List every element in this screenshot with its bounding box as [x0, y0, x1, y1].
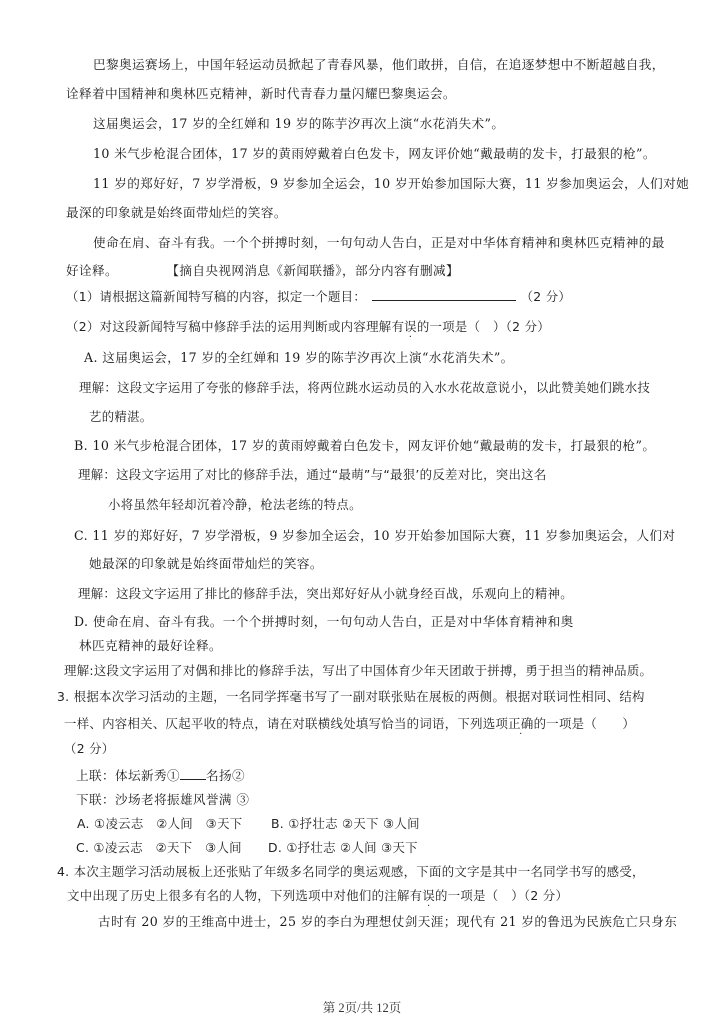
passage-source: 【摘自央视网消息《新闻联播》，部分内容有删减】 [166, 263, 459, 278]
passage-paragraph-5-line-2: 好诠释。 【摘自央视网消息《新闻联播》，部分内容有删减】 [66, 263, 459, 279]
question-2-option-c-line-2: 她最深的印象就是始终面带灿烂的笑容。 [89, 556, 323, 572]
question-2-option-b[interactable]: B. 10 米气步枪混合团体，17 岁的黄雨婷戴着白色发卡，网友评价她“戴最萌的… [74, 438, 655, 454]
couplet-upper-text-end: 名扬② [206, 768, 245, 783]
question-2-option-d-line-2: 林匹克精神的最好诠释。 [79, 638, 222, 654]
passage-paragraph-5-line-1: 使命在肩、奋斗有我。一个个拼搏时刻，一句句动人告白，正是对中华体育精神和奥林匹克… [93, 235, 665, 251]
question-3-emphasis: 正确 [508, 716, 533, 731]
passage-paragraph-4-line-2: 最深的印象就是始终面带灿烂的笑容。 [66, 205, 287, 221]
question-2-text: （2）对这段新闻特写稿中修辞手法的运用判断或内容理解有 [66, 319, 404, 334]
question-4-emphasis: 误 [422, 888, 435, 903]
question-2-option-c-note: 理解：这段文字运用了排比的修辞手法，突出郑好好从小就身经百战，乐观向上的精神。 [78, 586, 573, 602]
question-2-option-a-note-line-1: 理解：这段文字运用了夸张的修辞手法，将两位跳水运动员的入水水花故意说小，以此赞美… [79, 380, 650, 396]
question-4-text-end: 的一项是（ ）（2 分） [435, 888, 568, 903]
question-3-line-1: 3. 根据本次学习活动的主题，一名同学挥毫书写了一副对联张贴在展板的两侧。根据对… [57, 689, 645, 705]
question-3-line-2: 一样、内容相关、仄起平收的特点，请在对联横线处填写恰当的词语，下列选项正确的一项… [64, 716, 635, 732]
question-2-option-b-note-line-1: 理解：这段文字运用了对比的修辞手法，通过“最萌”与“最狠’的反差对比，突出这名 [78, 467, 547, 483]
question-2-option-a[interactable]: A. 这届奥运会，17 岁的全红婵和 19 岁的陈芋汐再次上演“水花消失术”。 [84, 350, 514, 366]
couplet-upper: 上联：体坛新秀①名扬② [76, 767, 245, 784]
passage-paragraph-2: 这届奥运会，17 岁的全红婵和 19 岁的陈芋汐再次上演“水花消失术”。 [93, 116, 504, 132]
question-3-option-b[interactable]: B. ①抒壮志 ②天下 ③人间 [271, 816, 420, 832]
question-2-stem: （2）对这段新闻特写稿中修辞手法的运用判断或内容理解有误的一项是（ ）（2 分） [66, 319, 550, 335]
couplet-upper-text: 上联：体坛新秀① [76, 768, 180, 783]
couplet-upper-blank[interactable] [180, 767, 206, 780]
question-2-emphasis: 误 [404, 319, 417, 334]
question-2-option-c-line-1[interactable]: C. 11 岁的郑好好，7 岁学滑板，9 岁参加全运会，10 岁开始参加国际大赛… [74, 528, 675, 544]
question-1: （1）请根据这篇新闻特写稿的内容，拟定一个题目： （2 分） [66, 288, 571, 305]
passage-paragraph-1-line-2: 诠释着中国精神和奥林匹克精神，新时代青春力量闪耀巴黎奥运会。 [66, 86, 456, 102]
question-3-option-d[interactable]: D. ①抒壮志 ②人间 ③天下 [268, 840, 418, 856]
question-3-option-c[interactable]: C. ①凌云志 ②天下 ③人间 [76, 840, 242, 856]
passage-paragraph-1-line-1: 巴黎奥运赛场上，中国年轻运动员掀起了青春风暴，他们敢拼，自信，在追逐梦想中不断超… [93, 57, 665, 73]
question-3-score: （2 分） [64, 741, 115, 757]
question-3-text: 一样、内容相关、仄起平收的特点，请在对联横线处填写恰当的词语，下列选项 [64, 716, 508, 731]
question-4-line-1: 4. 本次主题学习活动展板上还张贴了年级多名同学的奥运观感，下面的文字是其中一名… [57, 864, 645, 880]
passage-paragraph-3: 10 米气步枪混合团体，17 岁的黄雨婷戴着白色发卡，网友评价她“戴最萌的发卡，… [93, 146, 656, 162]
question-4-passage-line-1: 古时有 20 岁的王维高中进士，25 岁的李白为理想仗剑天涯；现代有 21 岁的… [98, 914, 677, 930]
question-1-text: （1）请根据这篇新闻特写稿的内容，拟定一个题目： [66, 289, 366, 304]
question-2-option-d-note: 理解:这段文字运用了对偶和排比的修辞手法，写出了中国体育少年天团敢于拼搏，勇于担… [64, 663, 652, 679]
question-4-line-2: 文中出现了历史上很多有名的人物，下列选项中对他们的注解有误的一项是（ ）（2 分… [67, 888, 568, 904]
question-2-option-a-note-line-2: 艺的精湛。 [89, 409, 152, 425]
couplet-lower: 下联：沙场老将振雄风誉满 ③ [76, 792, 249, 808]
question-3-option-a[interactable]: A. ①凌云志 ②人间 ③天下 [77, 816, 242, 832]
passage-paragraph-5-tail: 好诠释。 [66, 263, 118, 278]
question-2-option-d-line-1[interactable]: D. 使命在肩、奋斗有我。一个个拼搏时刻，一句句动人告白，正是对中华体育精神和奥 [74, 614, 574, 630]
page-number: 第 2页/共 12页 [0, 998, 724, 1016]
question-2-option-b-note-line-2: 小将虽然年轻却沉着冷静，枪法老练的特点。 [108, 497, 362, 513]
question-3-text-end: 的一项是（ ） [534, 716, 636, 731]
question-1-answer-blank[interactable] [372, 288, 516, 301]
passage-paragraph-4-line-1: 11 岁的郑好好，7 岁学滑板，9 岁参加全运会，10 岁开始参加国际大赛，11… [93, 176, 689, 192]
question-1-score: （2 分） [521, 289, 572, 304]
question-4-text: 文中出现了历史上很多有名的人物，下列选项中对他们的注解有 [67, 888, 422, 903]
question-2-text-end: 的一项是（ ）（2 分） [417, 319, 550, 334]
